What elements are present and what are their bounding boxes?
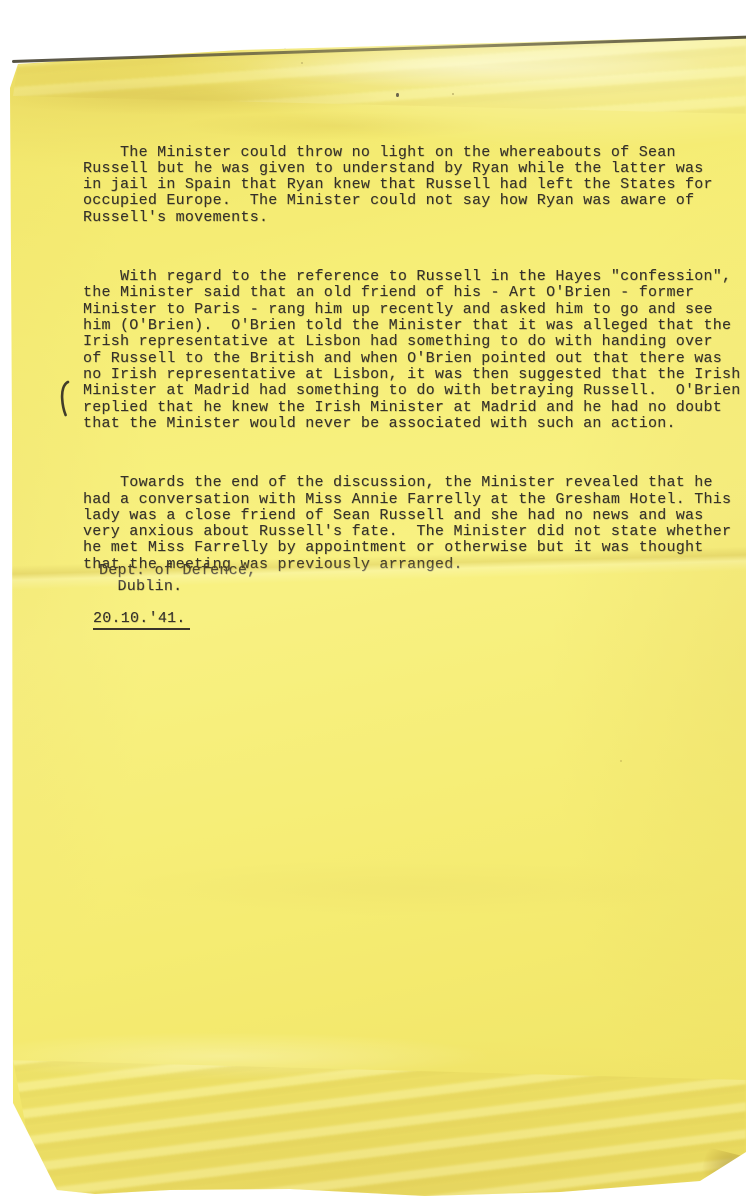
paper-crease-texture-bottom (0, 1060, 746, 1200)
signature-date: 20.10.'41. (93, 611, 190, 630)
paper-speck (301, 62, 303, 64)
signature-department: Dept. of Defence, Dublin. (99, 563, 256, 596)
margin-pen-mark (58, 380, 74, 418)
paper-speck (284, 47, 286, 49)
document-scan: The Minister could throw no light on the… (0, 0, 746, 1200)
paper-speck (452, 93, 454, 95)
memo-body: The Minister could throw no light on the… (83, 112, 745, 616)
paper-speck (396, 93, 399, 97)
paragraph-russell-whereabouts: The Minister could throw no light on the… (83, 145, 745, 226)
paper-corner-curl (698, 1147, 746, 1196)
paragraph-hayes-confession: With regard to the reference to Russell … (83, 269, 745, 432)
paper-sheet: The Minister could throw no light on the… (0, 0, 746, 1200)
red-ink-dot (267, 30, 273, 36)
paragraph-farrelly-meeting: Towards the end of the discussion, the M… (83, 475, 745, 573)
paper-speck (620, 760, 622, 762)
